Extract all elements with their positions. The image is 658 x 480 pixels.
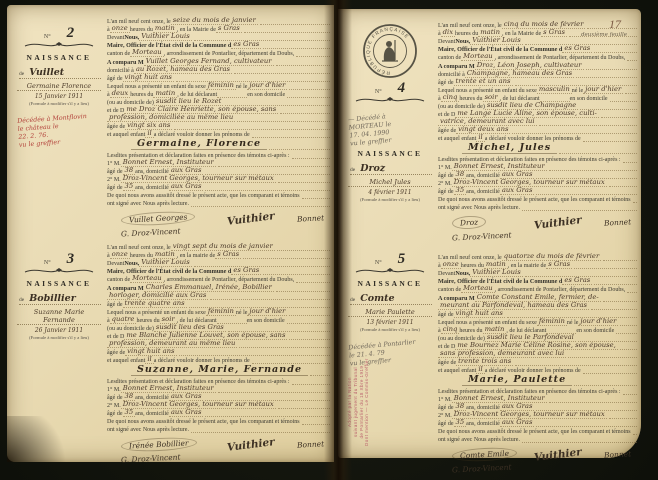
- act-line: De quoi nous avons aussitôt dressé le pr…: [107, 417, 330, 425]
- record-given-names: Suzanne Marie Fernande: [17, 308, 101, 325]
- record-given-names: Michel Jules: [348, 178, 432, 187]
- birth-record-5: N°5NAISSANCEdeComteMarie Paulette13 févr…: [346, 253, 637, 455]
- record-number: 4: [398, 82, 406, 95]
- handwritten-text: Droz-Vincent Georges, tourneur sur métau…: [452, 411, 607, 419]
- dotted-rule: [539, 121, 637, 126]
- child-name-line: Michel, Jules: [438, 142, 637, 154]
- handwritten-text: jour d'hier: [247, 308, 287, 316]
- handwritten-text: masculin: [537, 86, 572, 94]
- printed-text: âgé de: [107, 302, 123, 308]
- handwritten-text: 38: [123, 393, 136, 401]
- formule-note: (Formule à modifier s'il y a lieu): [346, 197, 434, 202]
- record-number: 2: [67, 27, 75, 40]
- handwritten-text: matin: [478, 29, 502, 37]
- handwritten-text: aux Gras: [500, 419, 535, 427]
- printed-text: âgé de: [438, 80, 454, 86]
- act-line: L'an mil neuf cent onze, le seize du moi…: [107, 17, 330, 25]
- record-name-row: deComte: [350, 293, 432, 305]
- dotted-rule: [210, 294, 330, 299]
- signature: G. Droz-Vincent: [452, 231, 512, 243]
- handwritten-text: Champagne, hameau des Gras: [465, 70, 574, 78]
- record-date: 4 février 1911: [346, 189, 434, 196]
- act-line: domicilié à au Rozet, hameau des Gras: [107, 66, 330, 74]
- printed-text: âgé de: [107, 76, 123, 82]
- act-line: A comparu M Comte Constant Emile, fermie…: [438, 293, 637, 301]
- book-gutter-shadow: [324, 0, 352, 480]
- dotted-rule: [194, 262, 330, 267]
- act-line: L'an mil neuf cent onze, le cinq du mois…: [438, 21, 637, 29]
- handwritten-text: Bonnet Ernest, Instituteur: [452, 395, 547, 403]
- handwritten-text: vingt huit ans: [125, 348, 176, 356]
- handwritten-text: aux Gras: [169, 409, 204, 417]
- dotted-rule: [536, 421, 637, 426]
- act-line: et de Dme Droz Claire Henriette, son épo…: [107, 106, 330, 114]
- handwritten-child-name: Marie, Paulette: [462, 374, 572, 386]
- printed-text: ont signé avec Nous après lecture.: [107, 427, 189, 433]
- handwritten-text: 38: [123, 167, 136, 175]
- naissance-heading: NAISSANCE: [15, 279, 103, 288]
- handwritten-text: Charles Emmanuel, Irénée, Bobillier: [144, 283, 274, 291]
- printed-text: Devant: [438, 271, 455, 277]
- act-line: horloger, domicilié aux Gras: [107, 292, 330, 300]
- printed-text: ans, domicilié: [135, 185, 169, 191]
- signature: G. Droz-Vincent: [121, 453, 181, 465]
- handwritten-text: 35: [123, 409, 136, 417]
- handwritten-text: Vuillet Georges Fernand, cultivateur: [144, 57, 274, 65]
- handwritten-text: féminin: [206, 82, 236, 90]
- dotted-rule: [512, 129, 637, 134]
- record-number: 3: [67, 253, 75, 266]
- printed-text: De quoi nous avons aussitôt dressé le pr…: [438, 197, 631, 203]
- de-label: de: [19, 71, 24, 77]
- handwritten-text: vingt sept du mois de janvier: [171, 243, 275, 251]
- dotted-rule: [549, 165, 637, 170]
- record-margin: N°2NAISSANCEdeVuilletGermaine Florence15…: [15, 17, 103, 237]
- handwritten-text: 35: [123, 183, 136, 191]
- dotted-rule: [627, 288, 637, 293]
- handwritten-text: profession, demeurant au même lieu: [107, 340, 237, 348]
- printed-text: A comparu M: [438, 295, 475, 302]
- record-number-row: N°3: [15, 253, 103, 266]
- handwritten-text: Morteau: [130, 275, 163, 283]
- handwritten-text: es Gras: [231, 267, 261, 275]
- handwritten-text: vingt huit ans: [123, 74, 174, 82]
- handwritten-text: horloger, domicilié aux Gras: [107, 292, 208, 300]
- printed-text: 2° M.: [107, 403, 121, 409]
- handwritten-text: susdit lieu de Champagne: [485, 102, 578, 110]
- dotted-rule: [263, 270, 330, 275]
- handwritten-text: seize du mois de janvier: [171, 17, 258, 25]
- act-line: âgé de 35 ans, domicilié aux Gras: [107, 183, 330, 191]
- act-line: 2° M. Droz-Vincent Georges, tourneur sur…: [438, 179, 637, 187]
- printed-text: en son domicile: [247, 318, 285, 324]
- act-line: De quoi nous avons aussitôt dressé le pr…: [107, 191, 330, 199]
- signatures-row: Vuillet GeorgesVuithierBonnetG. Droz-Vin…: [107, 212, 330, 237]
- dotted-rule: [218, 387, 330, 392]
- printed-text: âgée de: [438, 128, 456, 134]
- act-line: 2° M. Droz-Vincent Georges, tourneur sur…: [107, 175, 330, 183]
- printed-text: A comparu M: [438, 63, 475, 70]
- dotted-rule: [522, 438, 637, 443]
- printed-text: Maire, Officier de l'État civil de la Co…: [438, 278, 562, 285]
- printed-text: âgé de: [438, 421, 454, 427]
- printed-text: Nous,: [455, 38, 470, 45]
- printed-text: Maire, Officier de l'État civil de la Co…: [107, 268, 231, 275]
- signature: Vuithier: [227, 436, 276, 454]
- handwritten-text: Droz-Vincent Georges, tourneur sur métau…: [452, 179, 607, 187]
- record-date: 26 Janvier 1911: [15, 327, 103, 334]
- printed-text: âgé de: [438, 312, 454, 318]
- record-name-row: deBobillier: [19, 293, 101, 305]
- dotted-rule: [278, 177, 330, 182]
- act-line: vatrice, demeurant avec lui: [438, 118, 637, 126]
- act-line: Devant Nous, Vuithier Louis: [438, 37, 637, 45]
- signature: Bonnet: [297, 439, 325, 449]
- dotted-rule: [591, 304, 637, 309]
- act-line: Lesdites présentation et déclaration fai…: [107, 376, 330, 384]
- dotted-rule: [576, 72, 637, 77]
- record-name-row: deDroz: [350, 163, 432, 175]
- handwritten-text: vingt deux ans: [456, 126, 510, 134]
- dotted-rule: [205, 185, 330, 190]
- printed-text: âgé de: [107, 411, 123, 417]
- record-number: 5: [398, 253, 406, 266]
- dotted-rule: [276, 60, 330, 65]
- dotted-rule: [191, 428, 330, 433]
- signature: G. Droz-Vincent: [121, 227, 181, 239]
- act-line: à onze heures du matin, en la mairie des…: [107, 251, 330, 259]
- handwritten-text: vingt huit ans: [454, 310, 505, 318]
- act-line: A comparu M Droz, Léon Joseph, cultivate…: [438, 61, 637, 69]
- act-line: (ou au domicile de)susdit lieu le Parfon…: [438, 334, 637, 342]
- dotted-rule: [243, 254, 330, 259]
- handwritten-text: 38: [454, 403, 467, 411]
- record-surname: Droz: [360, 163, 385, 174]
- printed-text: Devant: [438, 39, 455, 45]
- dotted-rule: [237, 117, 330, 122]
- handwritten-text: Bonnet Ernest, Instituteur: [121, 385, 216, 393]
- handwritten-text: il: [145, 356, 153, 364]
- act-line: âgé de trente et un ans: [438, 78, 637, 86]
- act-line: profession, demeurant au même lieu: [107, 340, 330, 348]
- dotted-rule: [278, 403, 330, 408]
- handwritten-text: Bonnet Ernest, Instituteur: [121, 159, 216, 167]
- act-line: 2° M. Droz-Vincent Georges, tourneur sur…: [107, 401, 330, 409]
- printed-text: ont signé avec Nous après lecture.: [438, 437, 520, 443]
- handwritten-text: me Blanche Julienne Louvet, son épouse, …: [124, 332, 287, 340]
- record-number-row: N°4: [346, 82, 434, 95]
- act-line: âgé de vingt huit ans: [438, 310, 637, 318]
- record-margin: N°5NAISSANCEdeComteMarie Paulette13 févr…: [346, 253, 434, 455]
- death-note: Décédée à Montflovinle château le22. 2. …: [14, 112, 104, 150]
- dotted-rule: [191, 202, 330, 207]
- printed-text: 2° M.: [438, 413, 452, 419]
- printed-text: A comparu M: [107, 285, 144, 292]
- death-note-pencil: — Décédé àMORTEAU le17. 04. 1990vu le gr…: [345, 109, 435, 149]
- dotted-rule: [610, 97, 637, 102]
- act-line: Maire, Officier de l'État civil de la Co…: [438, 45, 637, 53]
- act-line: Maire, Officier de l'État civil de la Co…: [107, 41, 330, 49]
- act-line: canton de Morteau, arrondissement de Pon…: [438, 285, 637, 293]
- handwritten-text: aux Gras: [169, 167, 204, 175]
- act-line: âgé de trente quatre ans: [107, 300, 330, 308]
- printed-text: 1° M.: [107, 161, 121, 167]
- formule-note: (Formule à modifier s'il y a lieu): [15, 101, 103, 106]
- handwritten-text: onze: [110, 251, 130, 259]
- printed-text: 2° M.: [438, 181, 452, 187]
- act-line: L'an mil neuf cent onze, le vingt sept d…: [107, 243, 330, 251]
- act-line: Lesdites présentation et déclaration fai…: [438, 154, 637, 162]
- handwritten-text: aux Gras: [500, 187, 535, 195]
- act-line: Lequel nous a présenté un enfant du sexe…: [107, 82, 330, 90]
- record-date: 15 Janvier 1911: [15, 93, 103, 100]
- printed-text: ans, domicilié: [135, 411, 169, 417]
- dotted-rule: [559, 147, 637, 155]
- dotted-rule: [194, 36, 330, 41]
- handwritten-text: aux Gras: [169, 183, 204, 191]
- handwritten-text: s Gras: [546, 261, 572, 269]
- printed-text: Devant: [107, 35, 124, 41]
- act-line: âgé de 35 ans, domicilié aux Gras: [438, 187, 637, 195]
- handwritten-text: féminin: [537, 318, 567, 326]
- printed-text: né le: [567, 320, 579, 326]
- handwritten-text: matin: [484, 261, 508, 269]
- record-body: L'an mil neuf cent onze, le seize du moi…: [103, 17, 330, 237]
- handwritten-text: me Lange Lucie Aline, son épouse, culti-: [455, 110, 599, 118]
- printed-text: canton de: [107, 277, 130, 283]
- act-line: ont signé avec Nous après lecture.: [438, 203, 637, 211]
- act-line: âgé de 35 ans, domicilié aux Gras: [107, 409, 330, 417]
- handwritten-text: me Bournez Marie Céline Rosine, son épou…: [455, 342, 617, 350]
- printed-text: ans, domicilié: [466, 421, 500, 427]
- handwritten-text: jour d'hier: [583, 86, 623, 94]
- dotted-rule: [568, 353, 637, 358]
- signature: Bonnet: [604, 449, 632, 459]
- record-surname: Vuillet: [29, 67, 64, 78]
- record-name-row: deVuillet: [19, 67, 101, 79]
- dotted-rule: [583, 137, 637, 142]
- handwritten-text: jour d'hier: [578, 318, 618, 326]
- act-line: (ou au domicile de)susdit lieu de Champa…: [438, 102, 637, 110]
- printed-text: canton de: [438, 287, 461, 293]
- dotted-rule: [616, 329, 637, 334]
- handwritten-text: cinq du mois de février: [502, 21, 586, 29]
- signatures-row: DrozVuithierBonnetG. Droz-Vincent: [438, 216, 637, 241]
- dotted-rule: [609, 181, 637, 186]
- handwritten-text: es Gras: [562, 45, 592, 53]
- dotted-rule: [603, 296, 637, 301]
- handwritten-text: Vuithier Louis: [470, 269, 522, 277]
- handwritten-text: il: [476, 134, 484, 142]
- dotted-rule: [620, 345, 637, 350]
- dotted-rule: [179, 351, 330, 356]
- handwritten-text: 38: [454, 171, 467, 179]
- act-line: Lesdites présentation et déclaration fai…: [107, 150, 330, 158]
- flourish-ornament: [15, 267, 103, 275]
- act-line: à onze heures du matin, en la Mairie des…: [107, 25, 330, 33]
- act-line: âgé de 38 ans, domicilié aux Gras: [107, 167, 330, 175]
- act-line: A comparu M Vuillet Georges Fernand, cul…: [107, 57, 330, 65]
- dotted-rule: [263, 44, 330, 49]
- act-line: à onze heures du matin, en la mairie des…: [438, 261, 637, 269]
- record-date: 13 février 1911: [346, 319, 434, 326]
- handwritten-text: vatrice, demeurant avec lui: [438, 118, 537, 126]
- act-line: âgée de vingt six ans: [107, 122, 330, 130]
- dotted-rule: [620, 320, 637, 325]
- handwritten-text: Vuithier Louis: [139, 259, 191, 267]
- act-line: meurant au Parfondeval, hameau des Gras: [438, 302, 637, 310]
- handwritten-text: il: [476, 366, 484, 374]
- handwritten-text: au Rozet, hameau des Gras: [134, 66, 232, 74]
- dotted-rule: [623, 389, 637, 394]
- signature: Vuithier: [534, 214, 583, 232]
- signature: Comte Emile: [452, 446, 518, 462]
- act-line: domicilié à Champagne, hameau des Gras: [438, 70, 637, 78]
- printed-text: canton de: [438, 55, 461, 61]
- act-line: à quatre heures du soir, de lui déclaran…: [107, 316, 330, 324]
- handwritten-text: onze: [441, 261, 461, 269]
- handwritten-text: Morteau: [130, 49, 163, 57]
- dotted-rule: [623, 157, 637, 162]
- dotted-rule: [277, 246, 330, 251]
- act-line: canton de Morteau, arrondissement de Pon…: [107, 275, 330, 283]
- handwritten-text: Droz-Vincent Georges, tourneur sur métau…: [121, 401, 276, 409]
- act-line: à deux heures du matin, de lui déclarant…: [107, 90, 330, 98]
- act-line: De quoi nous avons aussitôt dressé le pr…: [438, 195, 637, 203]
- act-line: Devant Nous, Vuithier Louis: [438, 269, 637, 277]
- act-line: et auquel enfant il a déclaré vouloir do…: [438, 134, 637, 142]
- flourish-ornament: [346, 96, 434, 104]
- printed-text: ans, domicilié: [466, 189, 500, 195]
- handwritten-text: soir: [483, 94, 500, 102]
- dotted-rule: [276, 286, 330, 291]
- handwritten-text: 35: [454, 187, 467, 195]
- birth-record-4: RÉPUBLIQUE FRANÇAISEN°4— Décédé àMORTEAU…: [346, 21, 637, 241]
- record-margin: RÉPUBLIQUE FRANÇAISEN°4— Décédé àMORTEAU…: [346, 21, 434, 241]
- record-given-names: Marie Paulette: [348, 308, 432, 317]
- handwritten-text: aux Gras: [169, 393, 204, 401]
- printed-text: De quoi nous avons aussitôt dressé le pr…: [107, 193, 300, 199]
- handwritten-text: aux Gras: [500, 403, 535, 411]
- record-body: L'an mil neuf cent onze, le quatorze du …: [434, 253, 637, 455]
- printed-text: né le: [236, 84, 248, 90]
- dotted-rule: [244, 28, 330, 33]
- dotted-rule: [239, 343, 330, 348]
- handwritten-text: susdit lieu le Rozet: [154, 98, 224, 106]
- printed-text: né le: [236, 310, 248, 316]
- act-line: ont signé avec Nous après lecture.: [438, 435, 637, 443]
- handwritten-text: susdit lieu des Gras: [154, 324, 226, 332]
- handwritten-text: jour d'hier: [247, 82, 287, 90]
- printed-text: ont signé avec Nous après lecture.: [107, 201, 189, 207]
- handwritten-text: Morteau: [461, 53, 494, 61]
- handwritten-text: quatre: [110, 316, 137, 324]
- birth-record-2: N°2NAISSANCEdeVuilletGermaine Florence15…: [15, 17, 330, 237]
- dotted-rule: [609, 413, 637, 418]
- printed-text: heures du: [130, 92, 153, 98]
- handwritten-child-name: Germaine, Florence: [131, 138, 267, 150]
- republique-francaise-seal: RÉPUBLIQUE FRANÇAISE: [346, 23, 434, 79]
- signature: Droz: [452, 215, 487, 230]
- dotted-rule: [633, 198, 637, 203]
- signatures-row: Irénée BobillierVuithierBonnetG. Droz-Vi…: [107, 438, 330, 463]
- dotted-rule: [603, 256, 637, 261]
- act-line: âgé de vingt huit ans: [107, 74, 330, 82]
- dotted-rule: [601, 113, 637, 118]
- printed-text: Maire, Officier de l'État civil de la Co…: [438, 46, 562, 53]
- signature: Irénée Bobillier: [121, 436, 197, 453]
- page-number: 17: [609, 17, 621, 32]
- act-line: 1° M. Bonnet Ernest, Instituteur: [438, 395, 637, 403]
- dotted-rule: [549, 397, 637, 402]
- dotted-rule: [633, 430, 637, 435]
- dotted-rule: [574, 264, 637, 269]
- act-line: âgée de vingt huit ans: [107, 348, 330, 356]
- formule-note: (Formule à modifier s'il y a lieu): [15, 335, 103, 340]
- handwritten-text: s Gras: [541, 29, 567, 37]
- act-line: Devant Nous, Vuithier Louis: [107, 33, 330, 41]
- handwritten-text: profession, domiciliée au même lieu: [107, 114, 235, 122]
- printed-text: A comparu M: [107, 59, 144, 66]
- act-line: âgée de vingt deux ans: [438, 126, 637, 134]
- dotted-rule: [536, 189, 637, 194]
- signature: G. Droz-Vincent: [452, 463, 512, 475]
- printed-text: Nous,: [124, 260, 139, 267]
- printed-text: âgé de: [107, 185, 123, 191]
- act-line: Lesdites présentation et déclaration fai…: [438, 386, 637, 394]
- annotation-line: Dont mention — Le Commis-Greffier: [364, 327, 370, 477]
- printed-text: 2° M.: [107, 177, 121, 183]
- act-line: et auquel enfant il a déclaré vouloir do…: [438, 366, 637, 374]
- dotted-rule: [174, 125, 330, 130]
- child-name-line: Germaine, Florence: [107, 138, 330, 150]
- handwritten-text: trente et un ans: [454, 78, 513, 86]
- dotted-rule: [280, 109, 330, 114]
- dotted-rule: [574, 379, 637, 387]
- act-line: à cinq heures du soir, de lui déclarante…: [438, 94, 637, 102]
- printed-text: Nous,: [124, 34, 139, 41]
- printed-text: en son domicile: [247, 92, 285, 98]
- printed-text: heures du: [459, 328, 482, 334]
- printed-text: en son domicile: [576, 328, 614, 334]
- dotted-rule: [234, 68, 330, 73]
- record-surname: Comte: [360, 293, 394, 304]
- act-line: 2° M. Droz-Vincent Georges, tourneur sur…: [438, 411, 637, 419]
- record-surname: Bobillier: [29, 293, 76, 304]
- act-line: âgée de trente trois ans: [438, 358, 637, 366]
- act-line: Maire, Officier de l'État civil de la Co…: [438, 277, 637, 285]
- printed-text: De quoi nous avons aussitôt dressé le pr…: [438, 429, 631, 435]
- act-line: à cinq heures du matin, de lui déclarant…: [438, 326, 637, 334]
- handwritten-text: Droz-Vincent Georges, tourneur sur métau…: [121, 175, 276, 183]
- numero-label: N°: [44, 260, 51, 266]
- act-line: et auquel enfant il a déclaré vouloir do…: [107, 130, 330, 138]
- dotted-rule: [269, 143, 330, 151]
- handwritten-text: es Gras: [562, 277, 592, 285]
- printed-text: 1° M.: [107, 387, 121, 393]
- handwritten-text: vingt six ans: [125, 122, 172, 130]
- act-line: Devant Nous, Vuithier Louis: [107, 259, 330, 267]
- record-number-row: N°2: [15, 27, 103, 40]
- child-name-line: Suzanne, Marie, Fernande: [107, 364, 330, 376]
- handwritten-child-name: Michel, Jules: [462, 142, 557, 154]
- handwritten-text: féminin: [206, 308, 236, 316]
- dotted-rule: [522, 206, 637, 211]
- handwritten-text: matin: [153, 25, 177, 33]
- handwritten-text: s Gras: [215, 251, 241, 259]
- handwritten-text: es Gras: [231, 41, 261, 49]
- printed-text: âgé de: [438, 189, 454, 195]
